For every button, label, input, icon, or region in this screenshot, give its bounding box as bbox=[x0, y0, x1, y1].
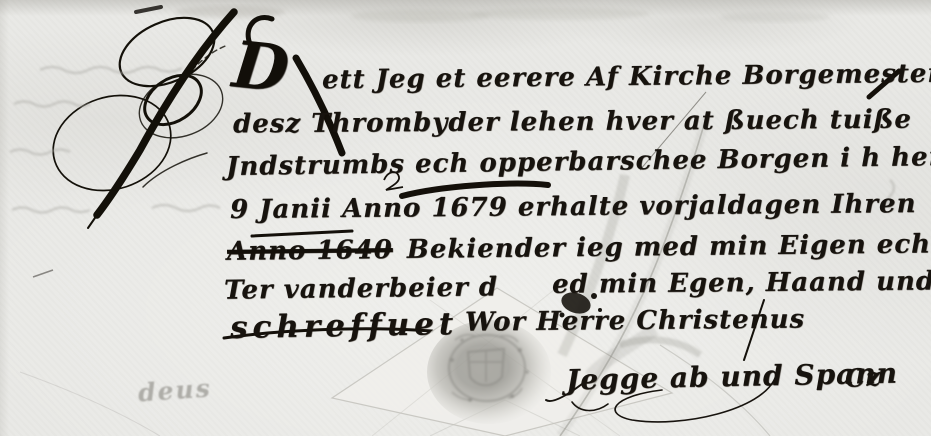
manuscript-line-5-text: Bekiender ieg med min Eigen eche bbox=[407, 229, 931, 265]
manuscript-page: D ett Jeg et eerere Af Kirche Borgemeste… bbox=[0, 0, 931, 436]
manuscript-line-6-right: ed min Egen, Haand under bbox=[552, 266, 931, 300]
manuscript-line-5: Anno 1640Bekiender ieg med min Eigen ech… bbox=[227, 229, 931, 267]
manuscript-line-6-left: Ter vanderbeier d bbox=[224, 272, 498, 305]
struck-date-1640: Anno 1640 bbox=[227, 235, 393, 267]
top-edge-smudges bbox=[175, 6, 830, 22]
wax-seal-region bbox=[430, 330, 550, 420]
manuscript-line-7-left: schreffuet bbox=[230, 306, 459, 346]
bleed-through-ghost-word: deus bbox=[137, 373, 212, 407]
manuscript-line-2: desz Thrombyder lehen hver at ßuech tuiß… bbox=[233, 105, 912, 140]
manuscript-line-1: ett Jeg et eerere Af Kirche Borgemester bbox=[322, 59, 931, 95]
left-margin-flourish bbox=[41, 4, 234, 228]
manuscript-line-4: 9 Janii Anno 1679 erhalte vorjaldagen Ih… bbox=[230, 189, 917, 225]
initial-letter-D: D bbox=[229, 27, 292, 107]
top-left-ink-dash bbox=[136, 7, 161, 12]
left-margin-dash bbox=[33, 270, 53, 277]
signature-end-mark: Cz bbox=[844, 362, 882, 393]
manuscript-line-3: Jndstrumbs ech opperbarschee Borgen i h … bbox=[226, 142, 931, 182]
